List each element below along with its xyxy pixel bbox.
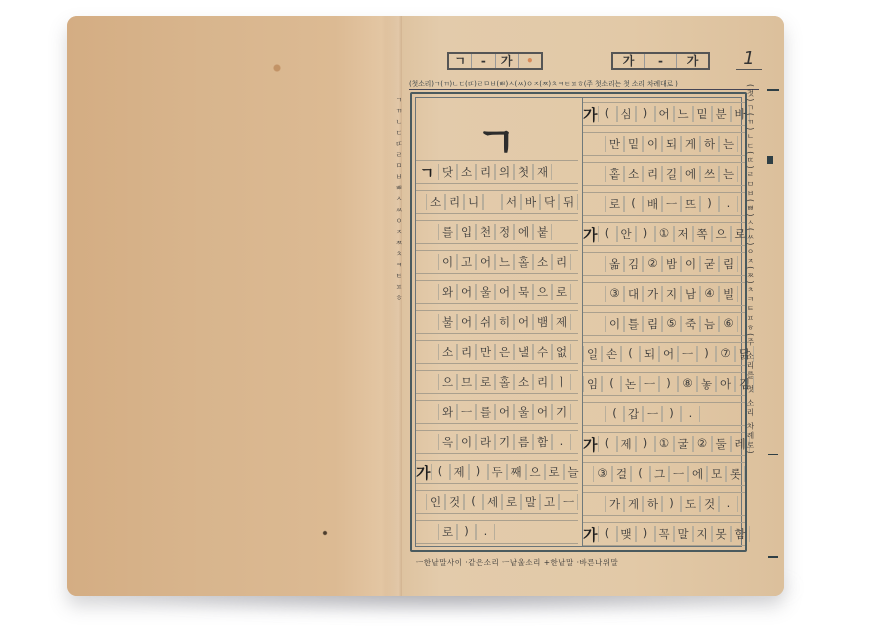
manuscript-row: 임(논ㅡ)⑧놓아김 — [583, 372, 745, 396]
manuscript-row: 가(제)두째으로늘 — [416, 460, 578, 484]
entry-marker: 가 — [583, 434, 598, 455]
row-text: 이고어느홀소리 — [438, 254, 578, 270]
manuscript-row: 이고어느홀소리 — [416, 250, 578, 274]
header-cell: - — [645, 54, 677, 68]
manuscript-row: 옮김②밤이굳림 — [583, 252, 745, 276]
row-text: 윽이라기름함. — [438, 434, 578, 450]
manuscript-row: 가(제)①굴②둘레 — [583, 432, 745, 456]
left-margin-index: ㄱㄲㄴㄷㄸㄹㅁㅂㅃㅅㅆㅇㅈㅉㅊㅋㅌㅍㅎ — [394, 96, 403, 305]
margin-tick — [768, 556, 778, 558]
header-cell: ㄱ — [449, 54, 472, 68]
manuscript-row: ③대가지남④빌 — [583, 282, 745, 306]
row-text: 가게하)도것. — [605, 496, 745, 512]
manuscript-row: 소리니 서바닥뒤 — [416, 190, 578, 214]
row-text: 로). — [438, 524, 578, 540]
legend-footer: ㅡ한낱말사이 ·같은소리 ㅡ낱울소리 +한낱말 ·바른나위말 — [416, 557, 618, 568]
row-text: 만밑이되게하는 — [605, 136, 745, 152]
manuscript-row: 로). — [416, 520, 578, 544]
right-page-manuscript: ㄱ - 가 • 가 - 가 1 (첫소리)ㄱ(ㄲ)ㄴㄷ(ㄸ)ㄹㅁㅂ(ㅃ)ㅅ(ㅆ)… — [402, 16, 784, 596]
right-column: 가(심)어느밑분바만밑이되게하는홑소리길에쓰는로(배ㅡ뜨).가(안)①저쪽으로옮… — [582, 98, 745, 546]
open-book-photo: ㄱ - 가 • 가 - 가 1 (첫소리)ㄱ(ㄲ)ㄴㄷ(ㄸ)ㄹㅁㅂ(ㅃ)ㅅ(ㅆ)… — [67, 16, 784, 596]
row-text: (맺)꼭말지못함 — [598, 526, 750, 542]
header-box-first-entry: ㄱ - 가 • — [447, 52, 543, 70]
manuscript-row: ③걸(그ㅡ에모롯 — [583, 462, 745, 486]
header-box-last-entry: 가 - 가 — [611, 52, 710, 70]
header-cell: 가 — [677, 54, 708, 68]
row-text: 일손(되어ㅡ)⑦닭 — [583, 346, 754, 362]
manuscript-row: 인것(세로말고ㅡ — [416, 490, 578, 514]
manuscript-row: 가(맺)꼭말지못함 — [583, 522, 745, 546]
entry-marker: 가 — [583, 524, 598, 545]
manuscript-row: 일손(되어ㅡ)⑦닭 — [583, 342, 745, 366]
margin-tab-mark — [767, 156, 773, 164]
entry-marker: 가 — [583, 104, 598, 125]
row-text: 임(논ㅡ)⑧놓아김 — [583, 376, 754, 392]
row-text: (제)두째으로늘 — [431, 464, 583, 480]
manuscript-row: 로(배ㅡ뜨). — [583, 192, 745, 216]
entry-marker: ㄱ — [416, 162, 438, 183]
row-text: ③걸(그ㅡ에모롯 — [593, 466, 745, 482]
row-text: (제)①굴②둘레 — [598, 436, 750, 452]
row-text: 이틀림⑤죽늠⑥ — [605, 316, 745, 332]
row-text: 소리만은낼수없 — [438, 344, 578, 360]
row-text: (안)①저쪽으로 — [598, 226, 750, 242]
row-text: 를입천정에붙 — [438, 224, 578, 240]
entry-marker: 가 — [416, 462, 431, 483]
manuscript-row: 와어울어묵으로 — [416, 280, 578, 304]
row-text: 닷소리의첫재 — [438, 164, 578, 180]
row-text: 와ㅡ를어울어기 — [438, 404, 578, 420]
manuscript-row: 불어쉬히어뱀제 — [416, 310, 578, 334]
row-text: 으므로홀소리ㅣ — [438, 374, 578, 390]
row-text: 불어쉬히어뱀제 — [438, 314, 578, 330]
header-cell: - — [472, 54, 495, 68]
row-text: 소리니 서바닥뒤 — [426, 194, 578, 210]
row-text: (갑ㅡ). — [605, 406, 745, 422]
manuscript-row: ㄱ닷소리의첫재 — [416, 160, 578, 184]
manuscript-row: 소리만은낼수없 — [416, 340, 578, 364]
manuscript-row: 를입천정에붙 — [416, 220, 578, 244]
manuscript-row: 가(안)①저쪽으로 — [583, 222, 745, 246]
manuscript-row: 가게하)도것. — [583, 492, 745, 516]
manuscript-row: 만밑이되게하는 — [583, 132, 745, 156]
left-column: ㄱ ㄱ닷소리의첫재소리니 서바닥뒤를입천정에붙이고어느홀소리와어울어묵으로불어쉬… — [416, 98, 578, 546]
row-text: 인것(세로말고ㅡ — [426, 494, 578, 510]
row-text: 로(배ㅡ뜨). — [605, 196, 745, 212]
manuscript-row: (갑ㅡ). — [583, 402, 745, 426]
page-number: 1 — [736, 48, 762, 70]
header-cell: • — [519, 54, 541, 68]
header-cell: 가 — [496, 54, 519, 68]
manuscript-row: 윽이라기름함. — [416, 430, 578, 454]
row-text: ③대가지남④빌 — [605, 286, 745, 302]
manuscript-row: 이틀림⑤죽늠⑥ — [583, 312, 745, 336]
manuscript-row: 가(심)어느밑분바 — [583, 102, 745, 126]
margin-tick — [768, 454, 778, 455]
manuscript-row: 홑소리길에쓰는 — [583, 162, 745, 186]
row-text: 옮김②밤이굳림 — [605, 256, 745, 272]
row-text: (심)어느밑분바 — [598, 106, 750, 122]
manuscript-grid-frame: ㄱ ㄱ닷소리의첫재소리니 서바닥뒤를입천정에붙이고어느홀소리와어울어묵으로불어쉬… — [410, 92, 747, 552]
manuscript-row: 으므로홀소리ㅣ — [416, 370, 578, 394]
row-text: 와어울어묵으로 — [438, 284, 578, 300]
header-cell: 가 — [613, 54, 645, 68]
manuscript-row: 와ㅡ를어울어기 — [416, 400, 578, 424]
entry-marker: 가 — [583, 224, 598, 245]
side-consonant-index: (첫)ㄱ(ㄲ)ㄴㄷ(ㄸ)ㄹㅁㅂ(ㅃ)ㅅ(ㅆ)ㅇㅈ(ㅉ)ㅊㅋㅌㅍㅎ(주 소리를 첫… — [745, 84, 755, 456]
margin-tick — [767, 89, 779, 91]
consonant-index-line: (첫소리)ㄱ(ㄲ)ㄴㄷ(ㄸ)ㄹㅁㅂ(ㅃ)ㅅ(ㅆ)ㅇㅈ(ㅉ)ㅊㅋㅌㅍㅎ(주 첫소리… — [409, 80, 759, 90]
left-page-blank — [67, 16, 402, 596]
row-text: 홑소리길에쓰는 — [605, 166, 745, 182]
